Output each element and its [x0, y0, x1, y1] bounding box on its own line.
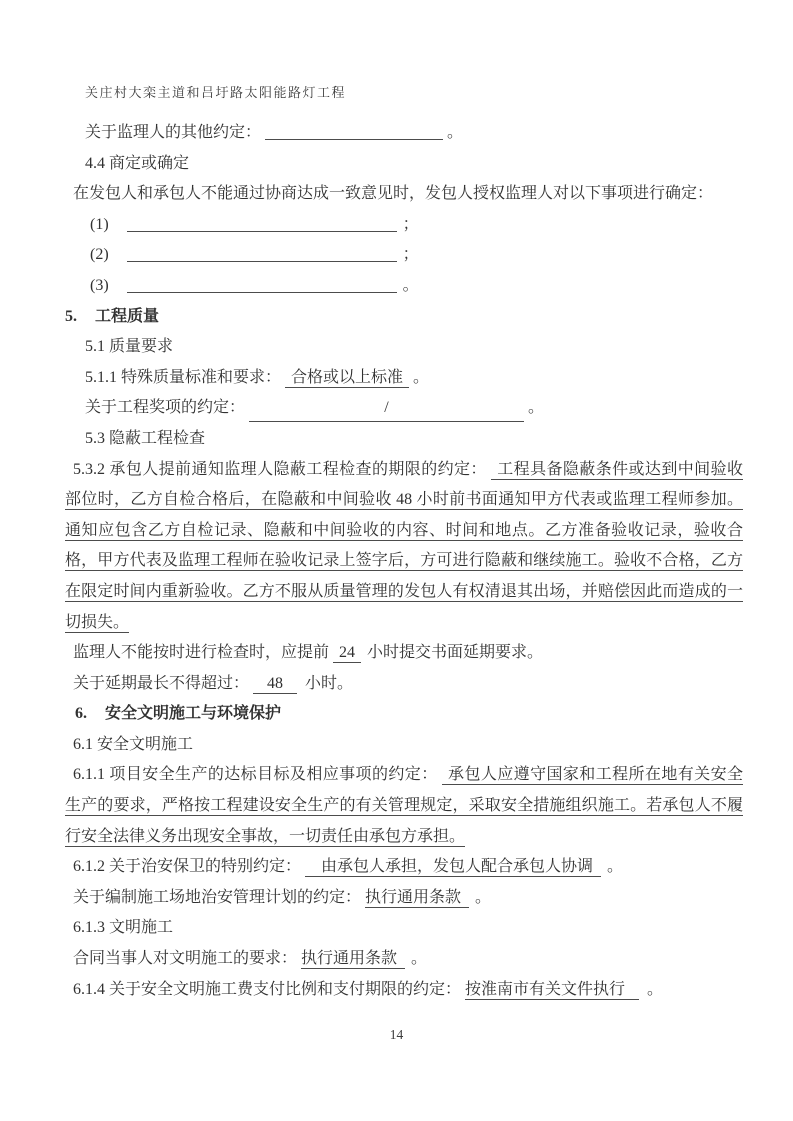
max-delay-line: 关于延期最长不得超过： 48 小时。	[73, 669, 743, 700]
period-mark: 。	[528, 399, 544, 416]
blank-underline	[127, 216, 397, 232]
civilized-construction-value: 执行通用条款	[301, 950, 405, 969]
determination-item-3: (3) 。	[90, 271, 743, 302]
section-6-1-4-line: 6.1.4 关于安全文明施工费支付比例和支付期限的约定： 按淮南市有关文件执行 …	[73, 975, 743, 1006]
page-number: 14	[0, 1027, 793, 1043]
blank-underline	[265, 124, 443, 140]
section-5-1-1-line: 5.1.1 特殊质量标准和要求： 合格或以上标准 。	[85, 363, 743, 394]
safety-production-label: 6.1.1 项目安全生产的达标目标及相应事项的约定：	[73, 766, 438, 783]
blank-underline-with-slash: /	[249, 395, 524, 422]
project-awards-label: 关于工程奖项的约定：	[85, 399, 245, 416]
period-mark: 。	[413, 369, 429, 386]
supervisor-other-agreement-line: 关于监理人的其他约定： 。	[85, 118, 743, 149]
period-mark: 。	[447, 124, 463, 141]
period-mark: 。	[411, 950, 427, 967]
section-6-number: 6.	[75, 705, 87, 722]
supervisor-delay-hours: 24	[333, 644, 361, 663]
safety-fee-payment-value: 按淮南市有关文件执行	[465, 981, 639, 1000]
hidden-works-notice-value: 工程具备隐蔽条件或达到中间验收部位时，乙方自检合格后，在隐蔽和中间验收 48 小…	[65, 461, 743, 633]
section-6-1-2-line: 6.1.2 关于治安保卫的特别约定： 由承包人承担，发包人配合承包人协调 。	[73, 852, 743, 883]
supervisor-delay-post: 小时提交书面延期要求。	[367, 644, 543, 661]
section-5-3-heading: 5.3 隐蔽工程检查	[85, 424, 743, 455]
semicolon-mark: ；	[403, 246, 419, 263]
security-guard-value: 由承包人承担，发包人配合承包人协调	[305, 858, 601, 877]
security-plan-label: 关于编制施工场地治安管理计划的约定：	[73, 889, 361, 906]
determination-item-2: (2) ；	[90, 240, 743, 271]
security-guard-label: 6.1.2 关于治安保卫的特别约定：	[73, 858, 301, 875]
security-plan-line: 关于编制施工场地治安管理计划的约定： 执行通用条款 。	[73, 883, 743, 914]
item-number: (2)	[90, 246, 109, 263]
safety-fee-payment-label: 6.1.4 关于安全文明施工费支付比例和支付期限的约定：	[73, 981, 461, 998]
contract-document-page: 关庄村大栾主道和吕圩路太阳能路灯工程 关于监理人的其他约定： 。 4.4 商定或…	[0, 0, 793, 1121]
security-plan-value: 执行通用条款	[365, 889, 469, 908]
section-6-1-3-heading: 6.1.3 文明施工	[73, 913, 743, 944]
hidden-works-notice-label: 5.3.2 承包人提前通知监理人隐蔽工程检查的期限的约定：	[73, 461, 487, 478]
civilized-construction-label: 合同当事人对文明施工的要求：	[73, 950, 297, 967]
period-mark: 。	[647, 981, 663, 998]
quality-standard-value: 合格或以上标准	[285, 369, 409, 388]
blank-underline	[127, 277, 397, 293]
section-5-title: 工程质量	[95, 308, 159, 325]
item-number: (1)	[90, 216, 109, 233]
blank-underline	[127, 246, 397, 262]
document-header-project-title: 关庄村大栾主道和吕圩路太阳能路灯工程	[0, 0, 793, 102]
section-5-heading: 5. 工程质量	[65, 302, 743, 333]
supervisor-delay-line: 监理人不能按时进行检查时，应提前 24 小时提交书面延期要求。	[73, 638, 743, 669]
section-5-number: 5.	[65, 308, 77, 325]
section-5-3-2-paragraph: 5.3.2 承包人提前通知监理人隐蔽工程检查的期限的约定： 工程具备隐蔽条件或达…	[65, 455, 743, 639]
section-6-1-1-paragraph: 6.1.1 项目安全生产的达标目标及相应事项的约定： 承包人应遵守国家和工程所在…	[65, 760, 743, 852]
section-6-heading: 6. 安全文明施工与环境保护	[75, 699, 743, 730]
section-6-title: 安全文明施工与环境保护	[105, 705, 281, 722]
max-delay-label: 关于延期最长不得超过：	[73, 675, 249, 692]
period-mark: 。	[475, 889, 491, 906]
section-5-1-heading: 5.1 质量要求	[85, 332, 743, 363]
quality-standard-label: 5.1.1 特殊质量标准和要求：	[85, 369, 281, 386]
item-number: (3)	[90, 277, 109, 294]
max-delay-hours: 48	[253, 675, 297, 694]
civilized-construction-line: 合同当事人对文明施工的要求： 执行通用条款 。	[73, 944, 743, 975]
period-mark: 。	[403, 277, 419, 294]
section-4-4-heading: 4.4 商定或确定	[85, 149, 743, 180]
semicolon-mark: ；	[403, 216, 419, 233]
section-6-1-heading: 6.1 安全文明施工	[73, 730, 743, 761]
document-body: 关于监理人的其他约定： 。 4.4 商定或确定 在发包人和承包人不能通过协商达成…	[65, 118, 743, 1005]
supervisor-delay-pre: 监理人不能按时进行检查时，应提前	[73, 644, 329, 661]
period-mark: 。	[607, 858, 623, 875]
supervisor-other-agreement-label: 关于监理人的其他约定：	[85, 124, 261, 141]
determination-item-1: (1) ；	[90, 210, 743, 241]
project-awards-line: 关于工程奖项的约定： / 。	[85, 393, 743, 424]
max-delay-post: 小时。	[305, 675, 353, 692]
section-4-4-intro: 在发包人和承包人不能通过协商达成一致意见时，发包人授权监理人对以下事项进行确定：	[65, 179, 743, 210]
